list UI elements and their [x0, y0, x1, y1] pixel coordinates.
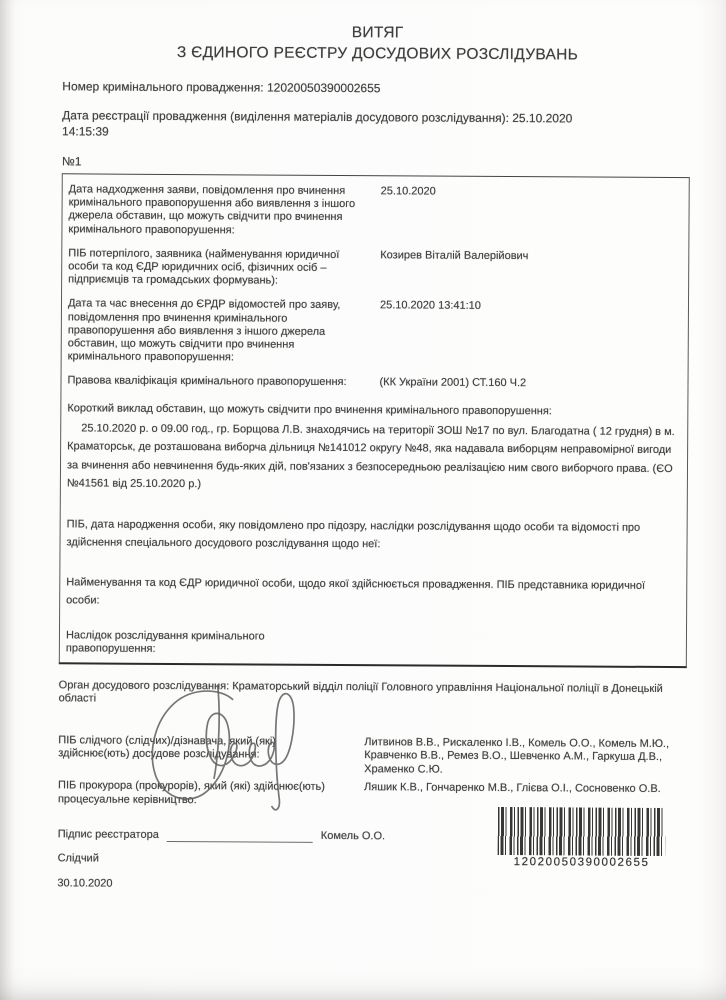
- investigation-result-label: Наслідок розслідування кримінального пра…: [66, 629, 301, 657]
- row-value-application-date: 25.10.2020: [380, 185, 680, 240]
- row-label-legal-qualification: Правова кваліфікація кримінального право…: [67, 375, 379, 390]
- investigators-row: ПІБ слідчого (слідчих)/дізнавача, який (…: [58, 734, 688, 778]
- case-number-line: Номер кримінального провадження: 1202005…: [62, 79, 692, 98]
- document-subtitle: З ЄДИНОГО РЕЄСТРУ ДОСУДОВИХ РОЗСЛІДУВАНЬ: [62, 41, 692, 66]
- register-table: Дата надходження заяви, повідомлення про…: [59, 173, 690, 668]
- barcode-number: 12020050390002655: [498, 856, 666, 869]
- registration-line-2: 14:15:39: [62, 123, 692, 143]
- authority-label: Орган досудового розслідування:: [59, 679, 230, 692]
- legal-entity-label: Найменування та код ЄДР юридичної особи,…: [66, 573, 678, 613]
- scanned-document: ВИТЯГ З ЄДИНОГО РЕЄСТРУ ДОСУДОВИХ РОЗСЛІ…: [0, 0, 726, 1000]
- record-number: №1: [62, 154, 692, 172]
- investigators-value: Литвинов В.В., Рискаленко І.В., Комель О…: [364, 736, 688, 778]
- signature-label: Підпис реєстратора: [58, 829, 159, 843]
- signature-line: [167, 829, 313, 843]
- row-value-erdr-entry-datetime: 25.10.2020 13:41:10: [380, 300, 680, 368]
- prosecutors-value: Ляшик К.В., Гончаренко М.В., Глієва О.І.…: [364, 782, 688, 811]
- barcode-icon: [498, 807, 666, 856]
- case-number-value: 12020050390002655: [267, 81, 381, 96]
- barcode-block: 12020050390002655: [498, 807, 666, 869]
- case-number-label: Номер кримінального провадження:: [62, 79, 263, 94]
- row-value-victim-name: Козирев Віталій Валерійович: [380, 249, 680, 290]
- summary-label: Короткий виклад обставин, що можуть свід…: [67, 402, 679, 419]
- summary-text: 25.10.2020 р. о 09.00 год., гр. Борщова …: [67, 419, 679, 497]
- suspect-label: ПІБ, дата народження особи, яку повідомл…: [66, 515, 678, 555]
- table-row: ПІБ потерпілого, заявника (найменування …: [68, 247, 680, 290]
- document-page: ВИТЯГ З ЄДИНОГО РЕЄСТРУ ДОСУДОВИХ РОЗСЛІ…: [0, 0, 726, 1000]
- document-date: 30.10.2020: [57, 878, 687, 894]
- row-value-legal-qualification: (КК України 2001) СТ.160 Ч.2: [379, 377, 679, 392]
- table-row: Дата та час внесення до ЄРДР відомостей …: [68, 298, 680, 368]
- document-title-block: ВИТЯГ З ЄДИНОГО РЕЄСТРУ ДОСУДОВИХ РОЗСЛІ…: [62, 20, 692, 66]
- table-row: Правова кваліфікація кримінального право…: [67, 375, 679, 392]
- investigators-label: ПІБ слідчого (слідчих)/дізнавача, який (…: [58, 734, 364, 776]
- row-label-victim-name: ПІБ потерпілого, заявника (найменування …: [68, 247, 380, 289]
- prosecutors-row: ПІБ прокурора (прокурорів), який (які) з…: [58, 780, 688, 811]
- prosecutors-label: ПІБ прокурора (прокурорів), який (які) з…: [58, 780, 364, 809]
- registrar-name: Комель О.О.: [321, 830, 385, 843]
- investigation-authority-line: Орган досудового розслідування: Краматор…: [59, 679, 689, 710]
- table-row: Дата надходження заяви, повідомлення про…: [68, 183, 680, 240]
- row-label-application-date: Дата надходження заяви, повідомлення про…: [68, 183, 380, 238]
- row-label-erdr-entry-datetime: Дата та час внесення до ЄРДР відомостей …: [68, 298, 380, 366]
- document-body: ВИТЯГ З ЄДИНОГО РЕЄСТРУ ДОСУДОВИХ РОЗСЛІ…: [57, 0, 692, 893]
- registration-date-line: Дата реєстрації провадження (виділення м…: [62, 107, 692, 143]
